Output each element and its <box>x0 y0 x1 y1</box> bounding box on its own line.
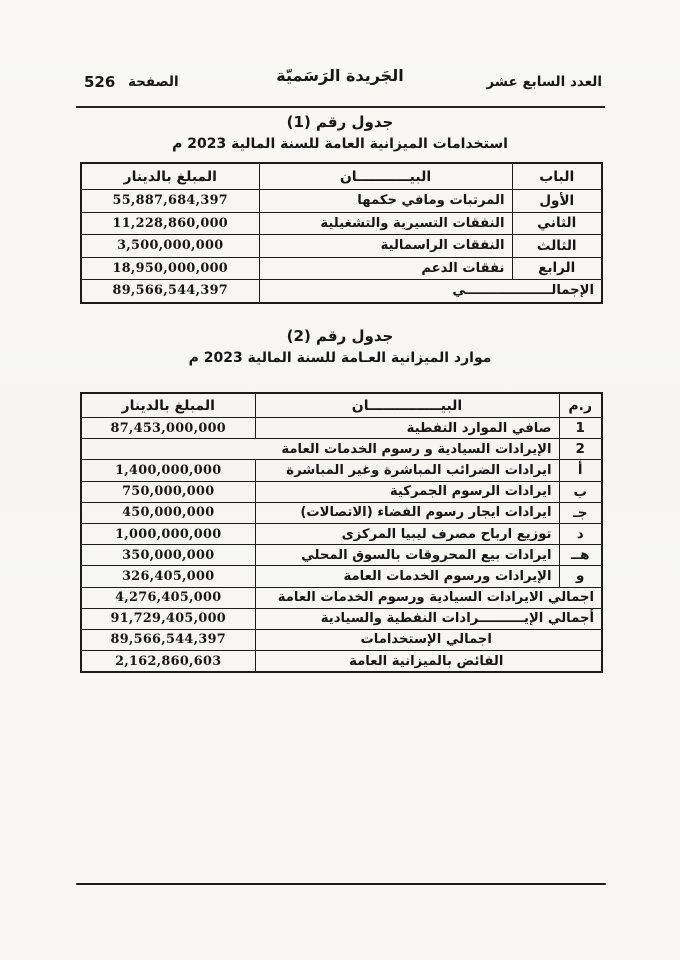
table-header-row: ر.م البيـــــــــــــــان المبلغ بالدينا… <box>81 393 602 418</box>
table-summary-row: اجمالي الايرادات السيادية ورسوم الخدمات … <box>81 587 602 608</box>
cell-description: نفقات الدعم <box>259 257 512 280</box>
cell-summary-amount: 2,162,860,603 <box>81 651 255 673</box>
cell-amount: 18,950,000,000 <box>81 257 259 280</box>
cell-summary-amount: 91,729,405,000 <box>81 608 255 629</box>
footer-divider <box>76 883 606 885</box>
col-header-chapter: الباب <box>512 163 602 190</box>
table-row: الرابع نفقات الدعم 18,950,000,000 <box>81 257 602 280</box>
cell-description: صافي الموارد النفطية <box>255 418 559 439</box>
cell-amount: 750,000,000 <box>81 481 255 502</box>
table-row: الثالث النفقات الراسمالية 3,500,000,000 <box>81 235 602 258</box>
table-row: 2 الإيرادات السيادية و رسوم الخدمات العا… <box>81 439 602 460</box>
page-number: 526 <box>84 73 115 91</box>
cell-amount: 11,228,860,000 <box>81 212 259 235</box>
cell-num: 1 <box>559 418 602 439</box>
cell-amount: 350,000,000 <box>81 545 255 566</box>
cell-summary-label: اجمالي الايرادات السيادية ورسوم الخدمات … <box>255 587 602 608</box>
cell-amount: 1,000,000,000 <box>81 523 255 544</box>
cell-amount: 3,500,000,000 <box>81 235 259 258</box>
cell-amount: 326,405,000 <box>81 566 255 587</box>
cell-num: هــ <box>559 545 602 566</box>
cell-num: 2 <box>559 439 602 460</box>
cell-description: النفقات الراسمالية <box>259 235 512 258</box>
cell-description: ايرادات الضرائب المباشرة وغير المباشرة <box>255 460 559 481</box>
cell-total-label: الإجمالـــــــــــــــــــي <box>259 280 602 303</box>
table-row: أ ايرادات الضرائب المباشرة وغير المباشرة… <box>81 460 602 481</box>
col-header-amount: المبلغ بالدينار <box>81 163 259 190</box>
cell-summary-label: اجمالي الإستخدامات <box>255 629 602 650</box>
table-row: الثاني النفقات التسيرية والتشغيلية 11,22… <box>81 212 602 235</box>
table-row: د توزيع ارباح مصرف ليبيا المركزى 1,000,0… <box>81 523 602 544</box>
table1-subtitle: استخدامات الميزانية العامة للسنة المالية… <box>0 136 680 152</box>
col-header-description: البيـــــــــــان <box>259 163 512 190</box>
gazette-page: العدد السابع عشر الجَريدة الرَسَميّة الص… <box>0 0 680 960</box>
cell-description: النفقات التسيرية والتشغيلية <box>259 212 512 235</box>
table-summary-row: اجمالي الإستخدامات 89,566,544,397 <box>81 629 602 650</box>
cell-num: د <box>559 523 602 544</box>
cell-num: جـ <box>559 502 602 523</box>
cell-description: الإيرادات ورسوم الخدمات العامة <box>255 566 559 587</box>
cell-amount: 87,453,000,000 <box>81 418 255 439</box>
cell-summary-label: أجمالي الإيــــــــــرادات النفطية والسي… <box>255 608 602 629</box>
cell-chapter: الثالث <box>512 235 602 258</box>
cell-chapter: الثاني <box>512 212 602 235</box>
table-summary-row: أجمالي الإيــــــــــرادات النفطية والسي… <box>81 608 602 629</box>
table-row: جـ ايرادات ايجار رسوم الفضاء (الاتصالات)… <box>81 502 602 523</box>
cell-summary-label: الفائض بالميزانية العامة <box>255 651 602 673</box>
table1-title: جدول رقم (1) <box>0 113 680 131</box>
budget-uses-table: الباب البيـــــــــــان المبلغ بالدينار … <box>80 162 603 304</box>
col-header-description: البيـــــــــــــــان <box>255 393 559 418</box>
header-divider <box>76 106 605 108</box>
cell-num: ب <box>559 481 602 502</box>
table-summary-row: الفائض بالميزانية العامة 2,162,860,603 <box>81 651 602 673</box>
cell-amount: 450,000,000 <box>81 502 255 523</box>
cell-summary-amount: 4,276,405,000 <box>81 587 255 608</box>
cell-chapter: الرابع <box>512 257 602 280</box>
cell-description: توزيع ارباح مصرف ليبيا المركزى <box>255 523 559 544</box>
cell-description: المرتبات ومافي حكمها <box>259 190 512 213</box>
table-row: ب ايرادات الرسوم الجمركية 750,000,000 <box>81 481 602 502</box>
cell-description: ايرادات ايجار رسوم الفضاء (الاتصالات) <box>255 502 559 523</box>
budget-resources-table: ر.م البيـــــــــــــــان المبلغ بالدينا… <box>80 392 603 673</box>
cell-summary-amount: 89,566,544,397 <box>81 629 255 650</box>
table2-subtitle: موارد الميزانية العـامة للسنة المالية 20… <box>0 350 680 366</box>
cell-chapter: الأول <box>512 190 602 213</box>
cell-num: أ <box>559 460 602 481</box>
table-row: هــ ايرادات بيع المحروقات بالسوق المحلي … <box>81 545 602 566</box>
table-total-row: الإجمالـــــــــــــــــــي 89,566,544,3… <box>81 280 602 303</box>
table-row: و الإيرادات ورسوم الخدمات العامة 326,405… <box>81 566 602 587</box>
cell-num: و <box>559 566 602 587</box>
table2-title: جدول رقم (2) <box>0 327 680 345</box>
cell-amount: 1,400,000,000 <box>81 460 255 481</box>
col-header-num: ر.م <box>559 393 602 418</box>
table-row: 1 صافي الموارد النفطية 87,453,000,000 <box>81 418 602 439</box>
cell-total-amount: 89,566,544,397 <box>81 280 259 303</box>
page-label: الصفحة <box>128 74 179 90</box>
table-header-row: الباب البيـــــــــــان المبلغ بالدينار <box>81 163 602 190</box>
cell-description: ايرادات بيع المحروقات بالسوق المحلي <box>255 545 559 566</box>
cell-description: الإيرادات السيادية و رسوم الخدمات العامة <box>81 439 559 460</box>
table-row: الأول المرتبات ومافي حكمها 55,887,684,39… <box>81 190 602 213</box>
col-header-amount: المبلغ بالدينار <box>81 393 255 418</box>
cell-amount: 55,887,684,397 <box>81 190 259 213</box>
cell-description: ايرادات الرسوم الجمركية <box>255 481 559 502</box>
